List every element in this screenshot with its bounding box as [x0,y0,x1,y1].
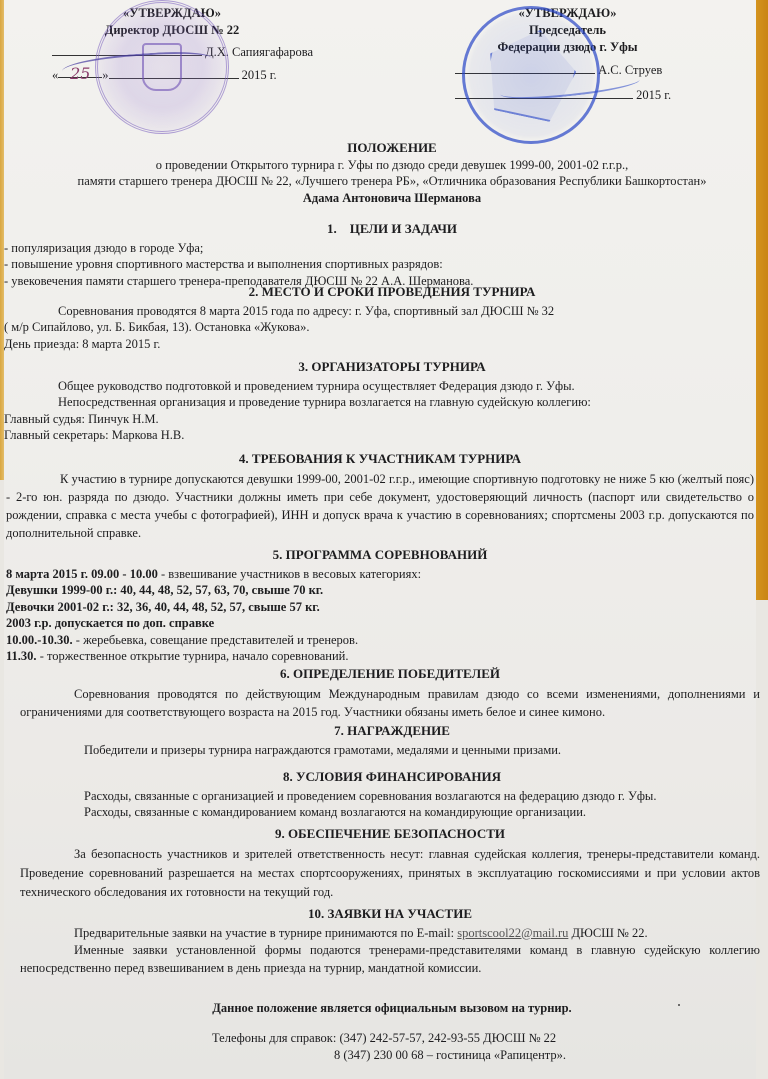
weighin-time: 8 марта 2015 г. 09.00 - 10.00 [6,567,158,581]
section-title: 7. НАГРАЖДЕНИЕ [30,723,754,740]
approval-organization: Федерации дзюдо г. Уфы [455,39,680,56]
approval-year: 2015 г. [636,88,671,102]
section-9: 9. ОБЕСПЕЧЕНИЕ БЕЗОПАСНОСТИ За безопасно… [20,812,760,902]
section-4: 4. ТРЕБОВАНИЯ К УЧАСТНИКАМ ТУРНИРА К уча… [6,437,754,542]
section-title: 1. ЦЕЛИ И ЗАДАЧИ [30,221,754,238]
desk-background-right [754,0,768,600]
document-subtitle-1: о проведении Открытого турнира г. Уфы по… [30,157,754,174]
weight-categories-junior: Девочки 2001-02 г.: 32, 36, 40, 44, 48, … [6,599,754,616]
list-item: - популяризация дзюдо в городе Уфа; [4,240,754,257]
phones-line-1: Телефоны для справок: (347) 242-57-57, 2… [212,1030,732,1047]
paragraph: Предварительные заявки на участие в турн… [20,925,760,942]
section-8: 8. УСЛОВИЯ ФИНАНСИРОВАНИЯ Расходы, связа… [30,755,754,821]
approval-year: 2015 г. [242,68,277,82]
section-title: 10. ЗАЯВКИ НА УЧАСТИЕ [20,906,760,923]
approval-heading: «УТВЕРЖДАЮ» [455,5,680,22]
approver-name: А.С. Струев [598,63,662,77]
phones-line-2: 8 (347) 230 00 68 – гостиница «Рапицентр… [334,1047,754,1064]
section-title: 3. ОРГАНИЗАТОРЫ ТУРНИРА [30,359,754,376]
paragraph-text: ДЮСШ № 22. [568,926,647,940]
section-title: 9. ОБЕСПЕЧЕНИЕ БЕЗОПАСНОСТИ [20,826,760,843]
section-10: 10. ЗАЯВКИ НА УЧАСТИЕ Предварительные за… [20,892,760,977]
paragraph: Общее руководство подготовкой и проведен… [4,378,754,395]
paragraph: К участию в турнире допускаются девушки … [6,470,754,542]
section-7: 7. НАГРАЖДЕНИЕ Победители и призеры турн… [30,709,754,758]
approval-position: Директор ДЮСШ № 22 [52,22,292,39]
month-line [109,66,239,79]
approval-block-left: «УТВЕРЖДАЮ» Директор ДЮСШ № 22 Д.Х. Сапи… [52,5,292,84]
document-subtitle-2: памяти старшего тренера ДЮСШ № 22, «Лучш… [30,173,754,190]
section-5: 5. ПРОГРАММА СОРЕВНОВАНИЙ 8 марта 2015 г… [6,533,754,665]
paragraph: Расходы, связанные с организацией и пров… [30,788,754,805]
section-title: 6. ОПРЕДЕЛЕНИЕ ПОБЕДИТЕЛЕЙ [20,666,760,683]
draw-text: - жеребьевка, совещание представителей и… [73,633,358,647]
date-line [455,86,633,99]
section-title: 5. ПРОГРАММА СОРЕВНОВАНИЙ [6,547,754,564]
paper-speck [678,1004,680,1006]
section-2: 2. МЕСТО И СРОКИ ПРОВЕДЕНИЯ ТУРНИРА Соре… [30,270,754,352]
document-title: ПОЛОЖЕНИЕ [30,140,754,157]
signature-line [455,61,595,74]
weighin-text: - взвешивание участников в весовых катег… [158,567,421,581]
draw-time: 10.00.-10.30. [6,633,73,647]
paragraph: ( м/р Сипайлово, ул. Б. Бикбая, 13). Ост… [4,319,754,336]
approval-heading: «УТВЕРЖДАЮ» [52,5,292,22]
official-call: Данное положение является официальным вы… [30,1000,754,1017]
weighin-line: 8 марта 2015 г. 09.00 - 10.00 - взвешива… [6,566,754,583]
section-title: 2. МЕСТО И СРОКИ ПРОВЕДЕНИЯ ТУРНИРА [30,284,754,301]
paragraph: Соревнования проводятся 8 марта 2015 год… [4,303,754,320]
weight-categories-senior: Девушки 1999-00 г.: 40, 44, 48, 52, 57, … [6,582,754,599]
handwritten-day: 25 [58,65,102,78]
approval-position: Председатель [455,22,680,39]
note-2003: 2003 г.р. допускается по доп. справке [6,615,754,632]
chief-judge: Главный судья: Пинчук Н.М. [4,411,754,428]
approver-name: Д.Х. Сапиягафарова [205,45,313,59]
section-3: 3. ОРГАНИЗАТОРЫ ТУРНИРА Общее руководств… [30,345,754,444]
paragraph: Непосредственная организация и проведени… [4,394,754,411]
honoree-name: Адама Антоновича Шерманова [30,190,754,207]
document-header: ПОЛОЖЕНИЕ о проведении Открытого турнира… [30,140,754,206]
approval-block-right: «УТВЕРЖДАЮ» Председатель Федерации дзюдо… [455,5,680,104]
section-title: 8. УСЛОВИЯ ФИНАНСИРОВАНИЯ [30,769,754,786]
paragraph: Именные заявки установленной формы подаю… [20,941,760,977]
draw-line: 10.00.-10.30. - жеребьевка, совещание пр… [6,632,754,649]
paragraph-text: Предварительные заявки на участие в турн… [74,926,457,940]
email-link[interactable]: sportscool22@mail.ru [457,926,568,940]
signature-line [52,43,202,56]
section-title: 4. ТРЕБОВАНИЯ К УЧАСТНИКАМ ТУРНИРА [6,451,754,468]
